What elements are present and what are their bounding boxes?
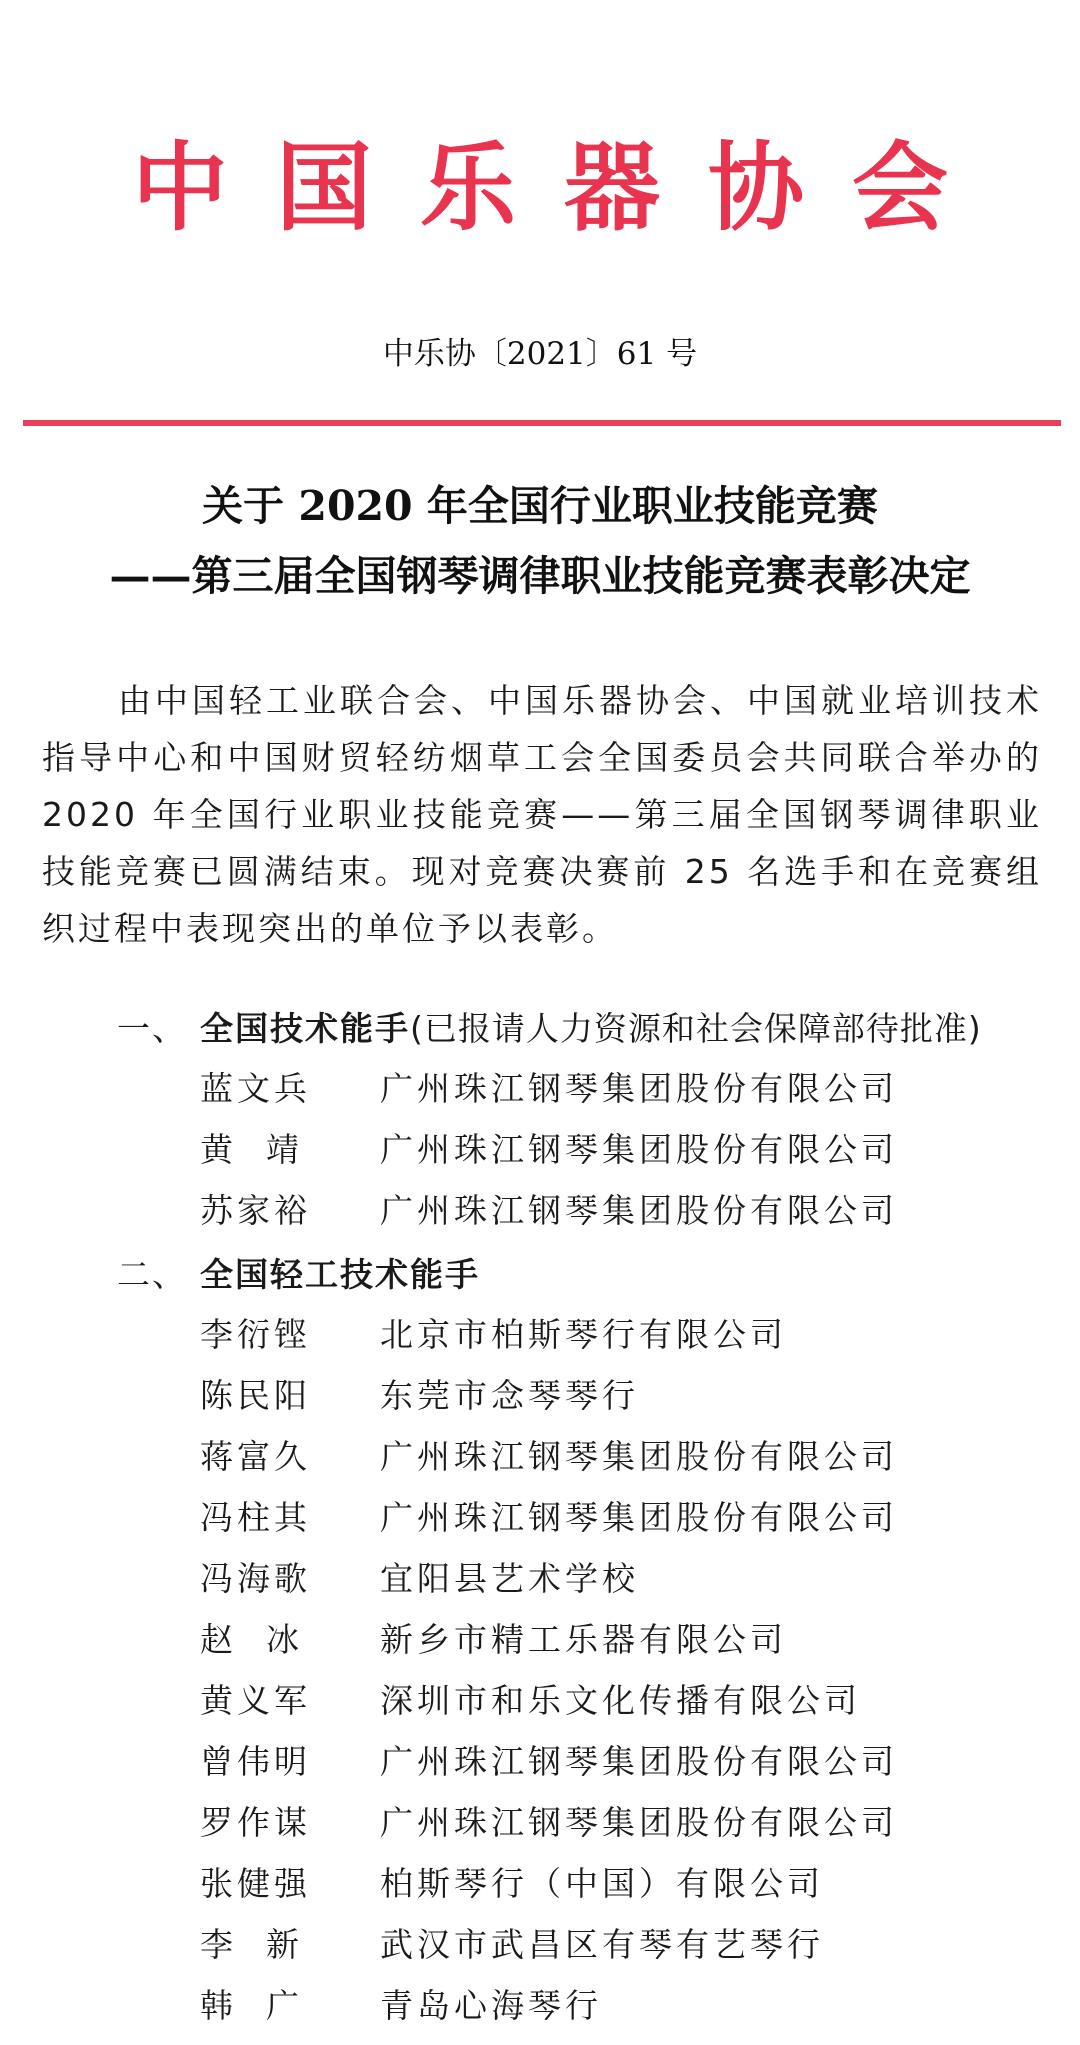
awardee-organization: 新乡市精工乐器有限公司 bbox=[380, 1609, 1077, 1670]
award-entry: 蒋富久 广州珠江钢琴集团股份有限公司 bbox=[117, 1426, 1077, 1487]
awardee-name: 冯柱其 bbox=[200, 1487, 380, 1548]
awardee-organization: 广州珠江钢琴集团股份有限公司 bbox=[380, 1731, 1077, 1792]
awardee-name: 黄 靖 bbox=[200, 1119, 380, 1180]
awardee-organization: 广州珠江钢琴集团股份有限公司 bbox=[380, 1426, 1077, 1487]
awardee-organization: 北京市柏斯琴行有限公司 bbox=[380, 1304, 1077, 1365]
awardee-name: 蓝文兵 bbox=[200, 1058, 380, 1119]
awardee-organization: 青岛心海琴行 bbox=[380, 1975, 1077, 2036]
intro-paragraph: 由中国轻工业联合会、中国乐器协会、中国就业培训技术指导中心和中国财贸轻纺烟草工会… bbox=[42, 672, 1042, 957]
section-national-technical-experts: 一、 全国技术能手 (已报请人力资源和社会保障部待批准) 蓝文兵 广州珠江钢琴集… bbox=[117, 1000, 1077, 1241]
section-number: 二、 bbox=[117, 1246, 200, 1304]
award-entry: 曾伟明 广州珠江钢琴集团股份有限公司 bbox=[117, 1731, 1077, 1792]
award-entry: 李 新 武汉市武昌区有琴有艺琴行 bbox=[117, 1914, 1077, 1975]
award-entry: 冯海歌 宜阳县艺术学校 bbox=[117, 1548, 1077, 1609]
awardee-organization: 柏斯琴行（中国）有限公司 bbox=[380, 1853, 1077, 1914]
award-entry: 蓝文兵 广州珠江钢琴集团股份有限公司 bbox=[117, 1058, 1077, 1119]
section-heading: 一、 全国技术能手 (已报请人力资源和社会保障部待批准) bbox=[117, 1000, 1077, 1058]
awardee-name: 苏家裕 bbox=[200, 1180, 380, 1241]
award-entry: 陈民阳 东莞市念琴琴行 bbox=[117, 1365, 1077, 1426]
awardee-name: 张健强 bbox=[200, 1853, 380, 1914]
red-divider-rule bbox=[23, 420, 1061, 426]
award-entry: 张健强 柏斯琴行（中国）有限公司 bbox=[117, 1853, 1077, 1914]
award-entry: 黄义军 深圳市和乐文化传播有限公司 bbox=[117, 1670, 1077, 1731]
awardee-organization: 宜阳县艺术学校 bbox=[380, 1548, 1077, 1609]
awardee-name: 蒋富久 bbox=[200, 1426, 380, 1487]
award-entry: 赵 冰 新乡市精工乐器有限公司 bbox=[117, 1609, 1077, 1670]
awardee-name: 李 新 bbox=[200, 1914, 380, 1975]
document-number: 中乐协〔2021〕61 号 bbox=[0, 334, 1080, 374]
awardee-organization: 广州珠江钢琴集团股份有限公司 bbox=[380, 1487, 1077, 1548]
awardee-name: 黄义军 bbox=[200, 1670, 380, 1731]
awardee-name: 曾伟明 bbox=[200, 1731, 380, 1792]
awardee-organization: 广州珠江钢琴集团股份有限公司 bbox=[380, 1058, 1077, 1119]
awardee-name: 冯海歌 bbox=[200, 1548, 380, 1609]
award-entry: 韩 广 青岛心海琴行 bbox=[117, 1975, 1077, 2036]
award-entry: 罗作谋 广州珠江钢琴集团股份有限公司 bbox=[117, 1792, 1077, 1853]
award-entry: 黄 靖 广州珠江钢琴集团股份有限公司 bbox=[117, 1119, 1077, 1180]
section-note: (已报请人力资源和社会保障部待批准) bbox=[410, 1000, 982, 1058]
awardee-name: 韩 广 bbox=[200, 1975, 380, 2036]
section-title: 全国技术能手 bbox=[200, 1000, 410, 1058]
awardee-name: 赵 冰 bbox=[200, 1609, 380, 1670]
awardee-name: 罗作谋 bbox=[200, 1792, 380, 1853]
award-entry: 苏家裕 广州珠江钢琴集团股份有限公司 bbox=[117, 1180, 1077, 1241]
awardee-organization: 深圳市和乐文化传播有限公司 bbox=[380, 1670, 1077, 1731]
awardee-name: 陈民阳 bbox=[200, 1365, 380, 1426]
section-light-industry-technical-experts: 二、 全国轻工技术能手 李衍铿 北京市柏斯琴行有限公司 陈民阳 东莞市念琴琴行 … bbox=[117, 1246, 1077, 2036]
awardee-name: 李衍铿 bbox=[200, 1304, 380, 1365]
section-title: 全国轻工技术能手 bbox=[200, 1246, 480, 1304]
document-title-line-2: ——第三届全国钢琴调律职业技能竞赛表彰决定 bbox=[0, 548, 1080, 604]
award-entry: 李衍铿 北京市柏斯琴行有限公司 bbox=[117, 1304, 1077, 1365]
organization-masthead: 中国乐器协会 bbox=[0, 128, 1080, 248]
award-entry: 冯柱其 广州珠江钢琴集团股份有限公司 bbox=[117, 1487, 1077, 1548]
section-heading: 二、 全国轻工技术能手 bbox=[117, 1246, 1077, 1304]
awardee-organization: 广州珠江钢琴集团股份有限公司 bbox=[380, 1119, 1077, 1180]
section-number: 一、 bbox=[117, 1000, 200, 1058]
awardee-organization: 广州珠江钢琴集团股份有限公司 bbox=[380, 1180, 1077, 1241]
awardee-organization: 东莞市念琴琴行 bbox=[380, 1365, 1077, 1426]
awardee-organization: 广州珠江钢琴集团股份有限公司 bbox=[380, 1792, 1077, 1853]
awardee-organization: 武汉市武昌区有琴有艺琴行 bbox=[380, 1914, 1077, 1975]
document-title-line-1: 关于 2020 年全国行业职业技能竞赛 bbox=[0, 478, 1080, 534]
